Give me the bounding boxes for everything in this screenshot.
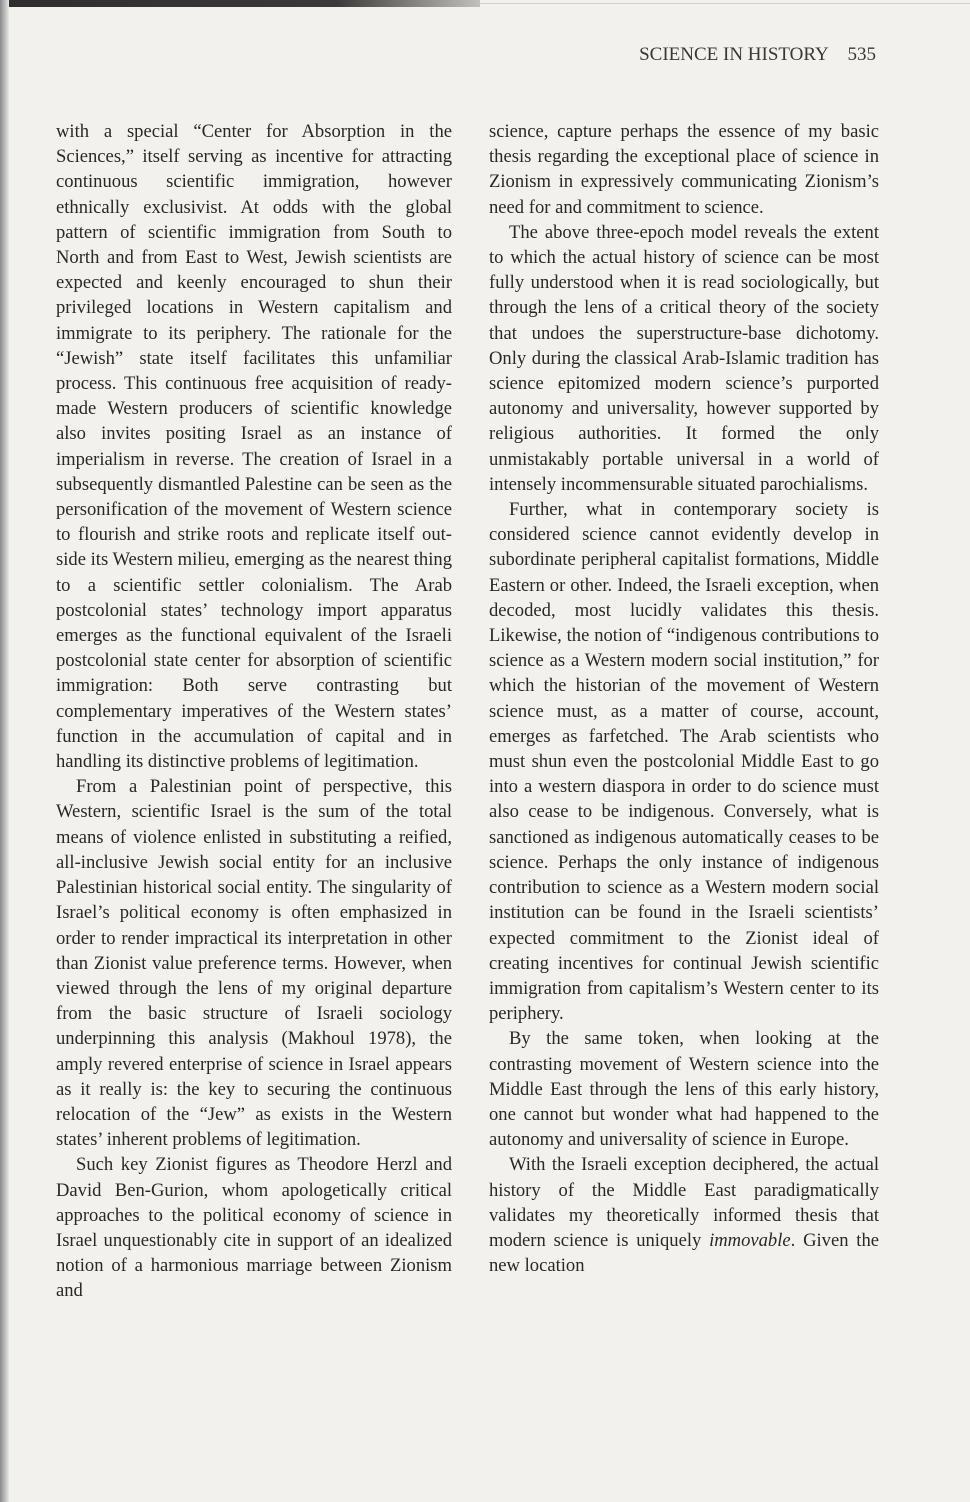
scan-edge-shadow-left [0,0,9,1502]
running-header: SCIENCE IN HISTORY 535 [639,44,876,66]
left-text-column: with a special “Center for Absorption in… [56,119,452,1304]
paragraph: From a Palestinian point of perspective,… [56,774,452,1152]
paragraph: With the Israeli exception deciphered, t… [489,1152,879,1278]
paragraph: The above three-epoch model reveals the … [489,220,879,497]
running-title: SCIENCE IN HISTORY [639,44,829,65]
paragraph: science, capture perhaps the essence of … [489,119,879,220]
scan-edge-shadow-top [0,0,480,7]
book-page: SCIENCE IN HISTORY 535 with a special “C… [0,0,970,1502]
paragraph: Such key Zionist figures as Theodore Her… [56,1152,452,1303]
paragraph: By the same token, when looking at the c… [489,1026,879,1152]
paragraph: with a special “Center for Absorption in… [56,119,452,774]
scan-edge-line-top [480,3,970,4]
right-text-column: science, capture perhaps the essence of … [489,119,879,1278]
page-number: 535 [848,44,877,65]
paragraph: Further, what in contemporary society is… [489,497,879,1026]
emphasized-term: immovable [709,1230,791,1251]
